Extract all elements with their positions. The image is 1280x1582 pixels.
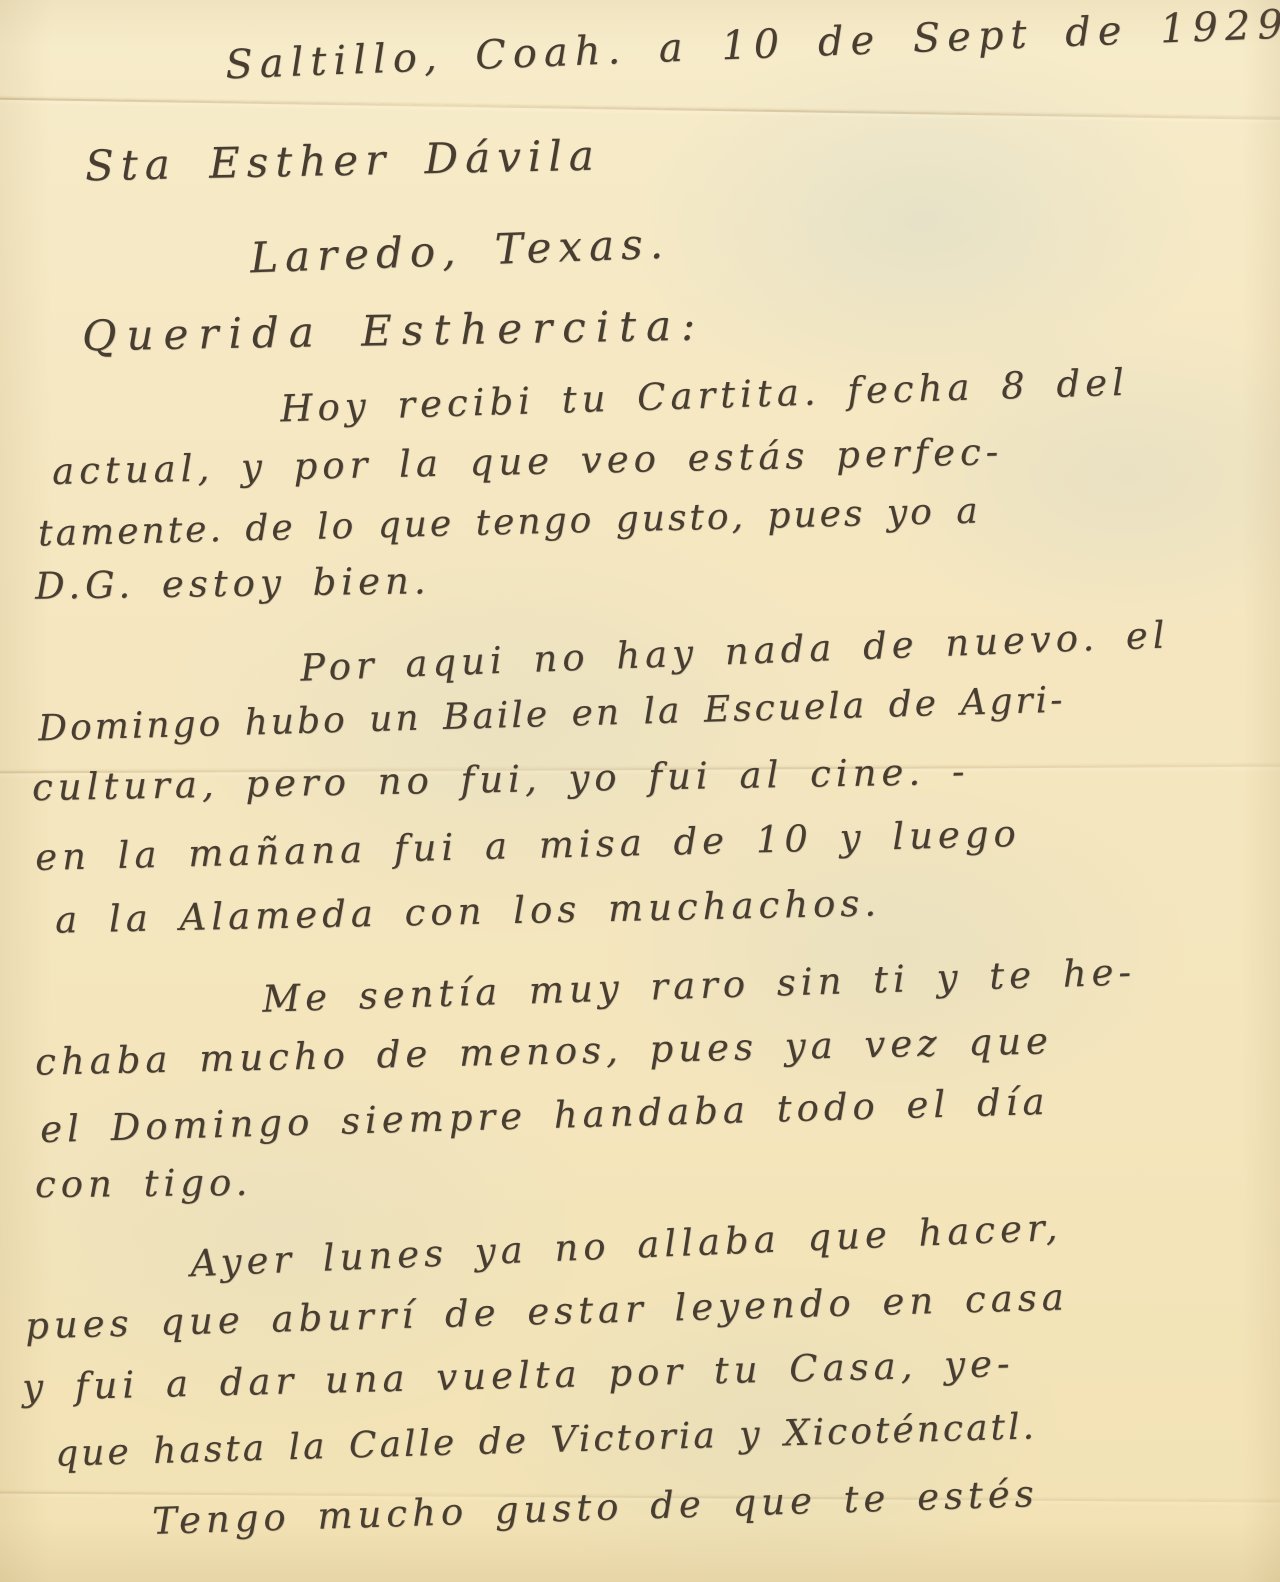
date-line: Saltillo, Coah. a 10 de Sept de 1929: [225, 2, 1280, 89]
letter-page: Saltillo, Coah. a 10 de Sept de 1929 Sta…: [0, 0, 1280, 1582]
letter-body-line: chaba mucho de menos, pues ya vez que: [35, 1019, 1054, 1083]
letter-body-line: tamente. de lo que tengo gusto, pues yo …: [38, 490, 982, 554]
recipient-name: Sta Esther Dávila: [85, 131, 602, 191]
letter-body-line: D.G. estoy bien.: [35, 559, 431, 608]
letter-body-line: Me sentía muy raro sin ti y te he-: [262, 950, 1137, 1020]
letter-body-line: y fui a dar una vuelta por tu Casa, ye-: [22, 1342, 1015, 1409]
paper-crease-top: [0, 97, 1280, 120]
letter-body-line: Domingo hubo un Baile en la Escuela de A…: [38, 680, 1066, 750]
letter-body-line: con tigo.: [35, 1161, 253, 1206]
letter-body-line: Ayer lunes ya no allaba que hacer,: [189, 1206, 1063, 1286]
letter-body-line: Tengo mucho gusto de que te estés: [152, 1472, 1040, 1543]
letter-body-line: Por aqui no hay nada de nuevo. el: [299, 613, 1170, 689]
letter-body-line: pues que aburrí de estar leyendo en casa: [25, 1275, 1070, 1347]
letter-body-line: cultura, pero no fui, yo fui al cine. -: [32, 750, 970, 809]
letter-body-line: en la mañana fui a misa de 10 y luego: [35, 812, 1022, 879]
letter-body-line: actual, y por la que veo estás perfec-: [52, 430, 1004, 493]
letter-body-line: el Domingo siempre handaba todo el día: [40, 1080, 1050, 1151]
salutation: Querida Esthercita:: [82, 301, 706, 361]
letter-body-line: a la Alameda con los muchachos.: [55, 881, 882, 941]
letter-body-line: Hoy recibi tu Cartita. fecha 8 del: [280, 361, 1130, 431]
letter-body-line: que hasta la Calle de Victoria y Xicotén…: [55, 1406, 1038, 1474]
recipient-city: Laredo, Texas.: [249, 219, 670, 283]
